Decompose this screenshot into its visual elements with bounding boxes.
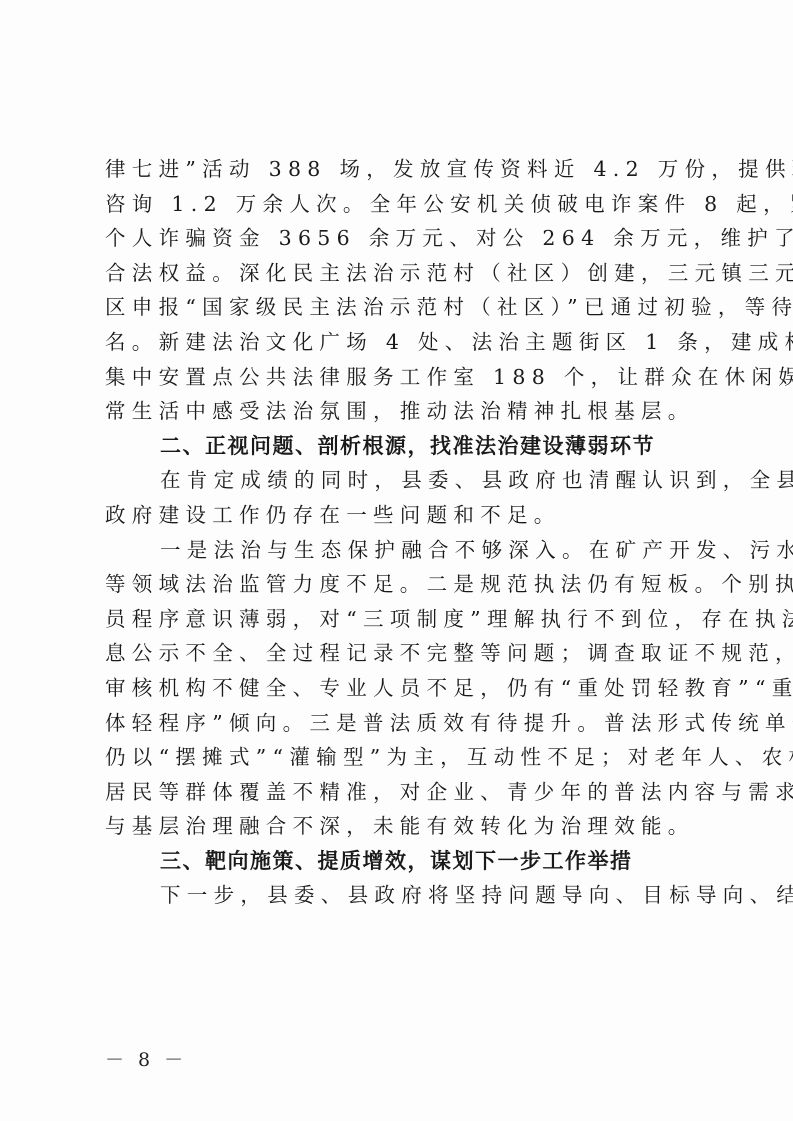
paragraph-line: 员程序意识薄弱，对“三项制度”理解执行不到位，存在执法信 xyxy=(105,602,693,637)
paragraph-line: 个人诈骗资金 3656 余万元、对公 264 余万元，维护了人民群众 xyxy=(105,221,693,256)
section-heading-3: 三、靶向施策、提质增效，谋划下一步工作举措 xyxy=(105,844,693,879)
paragraph-line: 集中安置点公共法律服务工作室 188 个，让群众在休闲娱乐、日 xyxy=(105,360,693,395)
paragraph-line: 等领域法治监管力度不足。二是规范执法仍有短板。个别执法人 xyxy=(105,567,693,602)
paragraph-line: 律七进”活动 388 场，发放宣传资料近 4.2 万份，提供现场法律 xyxy=(105,152,693,187)
paragraph-line: 一是法治与生态保护融合不够深入。在矿产开发、污水处理 xyxy=(105,533,693,568)
paragraph-line: 政府建设工作仍存在一些问题和不足。 xyxy=(105,498,693,533)
paragraph-line: 在肯定成绩的同时，县委、县政府也清醒认识到，全县法治 xyxy=(105,463,693,498)
paragraph-line: 合法权益。深化民主法治示范村（社区）创建，三元镇三元坝社 xyxy=(105,256,693,291)
document-page: 律七进”活动 388 场，发放宣传资料近 4.2 万份，提供现场法律 咨询 1.… xyxy=(0,0,793,1121)
page-number: － 8 － xyxy=(105,1045,187,1072)
paragraph-line: 审核机构不健全、专业人员不足，仍有“重处罚轻教育”“重实 xyxy=(105,671,693,706)
paragraph-line: 区申报“国家级民主法治示范村（社区）”已通过初验，等待命 xyxy=(105,290,693,325)
paragraph-line: 常生活中感受法治氛围，推动法治精神扎根基层。 xyxy=(105,394,693,429)
paragraph-line: 与基层治理融合不深，未能有效转化为治理效能。 xyxy=(105,809,693,844)
paragraph-line: 居民等群体覆盖不精准，对企业、青少年的普法内容与需求脱节， xyxy=(105,775,693,810)
document-body: 律七进”活动 388 场，发放宣传资料近 4.2 万份，提供现场法律 咨询 1.… xyxy=(105,152,693,913)
paragraph-line: 仍以“摆摊式”“灌输型”为主，互动性不足；对老年人、农村 xyxy=(105,740,693,775)
paragraph-line: 下一步，县委、县政府将坚持问题导向、目标导向、结果导 xyxy=(105,878,693,913)
paragraph-line: 息公示不全、全过程记录不完整等问题；调查取证不规范，法制 xyxy=(105,636,693,671)
paragraph-line: 咨询 1.2 万余人次。全年公安机关侦破电诈案件 8 起，紧急止付 xyxy=(105,187,693,222)
paragraph-line: 体轻程序”倾向。三是普法质效有待提升。普法形式传统单一， xyxy=(105,706,693,741)
paragraph-line: 名。新建法治文化广场 4 处、法治主题街区 1 条，建成村（居）、 xyxy=(105,325,693,360)
section-heading-2: 二、正视问题、剖析根源，找准法治建设薄弱环节 xyxy=(105,429,693,464)
